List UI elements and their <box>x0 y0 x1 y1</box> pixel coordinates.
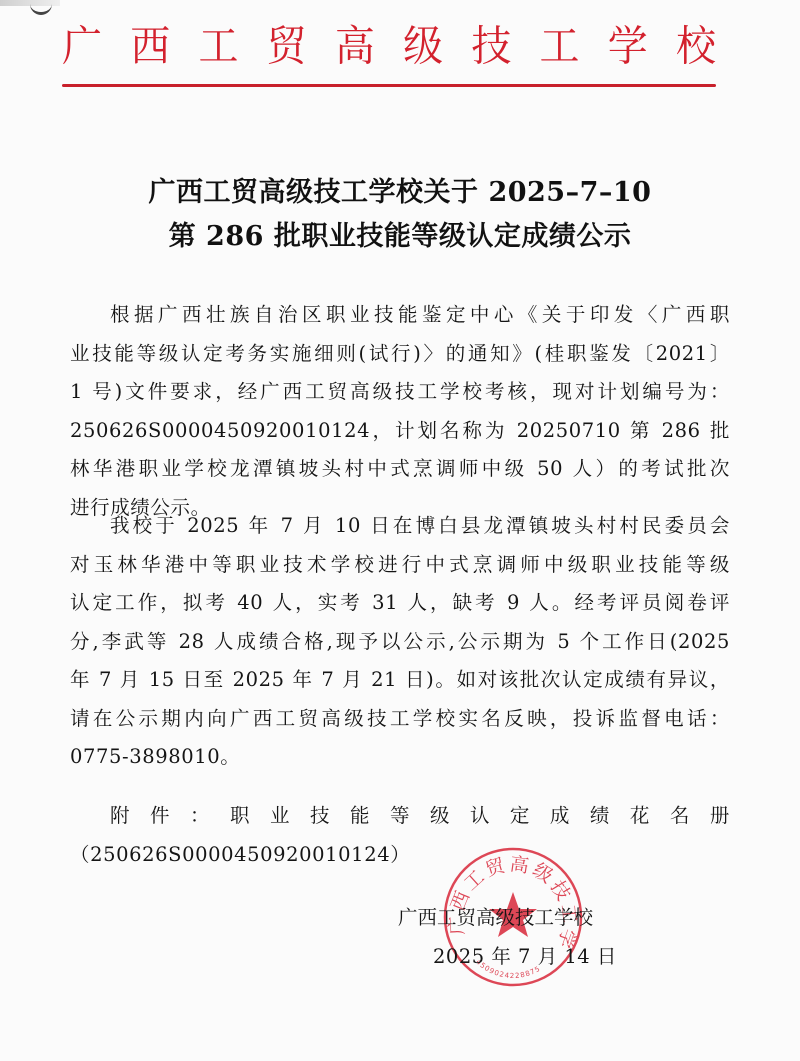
text-line: 分,李武等 28 人成绩合格,现予以公示,公示期为 5 个工作日(2025 <box>70 623 730 662</box>
attachment-plan-number: （250626S0000450920010124） <box>70 836 730 875</box>
letterhead-char: 学 <box>608 21 648 74</box>
text-line: 林华港职业学校龙潭镇坡头村中式烹调师中级 50 人）的考试批次 <box>70 450 730 489</box>
letterhead-char: 广 <box>62 21 102 74</box>
text-line: 我校于 2025 年 7 月 10 日在博白县龙潭镇坡头村村民委员会 <box>70 507 730 546</box>
text-line: 请在公示期内向广西工贸高级技工学校实名反映，投诉监督电话： <box>70 700 730 739</box>
text-line: 1 号)文件要求，经广西工贸高级技工学校考核，现对计划编号为： <box>70 373 730 412</box>
text-line: 0775-3898010。 <box>70 738 730 777</box>
text-line: 对玉林华港中等职业技术学校进行中式烹调师中级职业技能等级 <box>70 546 730 585</box>
paragraph-basis: 根据广西壮族自治区职业技能鉴定中心《关于印发〈广西职 业技能等级认定考务实施细则… <box>70 296 730 527</box>
attachment-note: 附 件 ： 职 业 技 能 等 级 认 定 成 绩 花 名 册 （250626S… <box>70 797 730 874</box>
document-title-line1: 广西工贸高级技工学校关于 2025–7–10 <box>0 170 800 209</box>
document-title-line2: 第 286 批职业技能等级认定成绩公示 <box>0 214 800 253</box>
letterhead-title: 广 西 工 贸 高 级 技 工 学 校 <box>62 22 716 72</box>
letterhead-char: 校 <box>676 21 716 74</box>
letterhead-char: 级 <box>403 21 443 74</box>
text-line: 业技能等级认定考务实施细则(试行)〉的通知》(桂职鉴发〔2021〕 <box>70 335 730 374</box>
letterhead-char: 西 <box>130 21 170 74</box>
letterhead-divider <box>62 84 716 87</box>
letterhead-char: 高 <box>335 21 375 74</box>
letterhead-char: 贸 <box>267 21 307 74</box>
text-line: 年 7 月 15 日至 2025 年 7 月 21 日)。如对该批次认定成绩有异… <box>70 661 730 700</box>
letterhead-char: 工 <box>540 21 580 74</box>
attachment-label: 附 件 ： 职 业 技 能 等 级 认 定 成 绩 花 名 册 <box>70 797 730 836</box>
text-line: 根据广西壮族自治区职业技能鉴定中心《关于印发〈广西职 <box>70 296 730 335</box>
letterhead-char: 技 <box>471 21 511 74</box>
signing-date: 2025 年 7 月 14 日 <box>433 941 617 969</box>
binder-clip-mark <box>30 2 52 15</box>
signing-organization: 广西工贸高级技工学校 <box>398 902 593 930</box>
letterhead-char: 工 <box>198 21 238 74</box>
text-line: 认定工作，拟考 40 人，实考 31 人，缺考 9 人。经考评员阅卷评 <box>70 584 730 623</box>
text-line: 250626S0000450920010124，计划名称为 20250710 第… <box>70 412 730 451</box>
paragraph-results: 我校于 2025 年 7 月 10 日在博白县龙潭镇坡头村村民委员会 对玉林华港… <box>70 507 730 777</box>
